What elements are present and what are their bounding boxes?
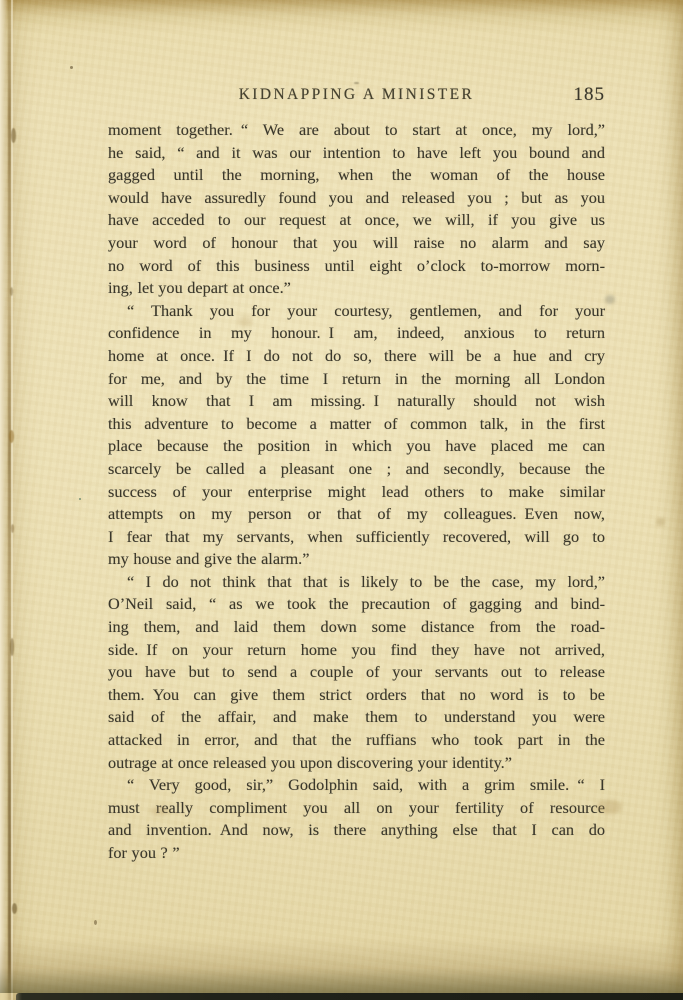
text-line: attempts on my person or that of my coll… [108, 503, 605, 526]
text-line: scarcely be called a pleasant one ; and … [108, 458, 605, 481]
text-line: I fear that my servants, when sufficient… [108, 526, 605, 549]
page-header: KIDNAPPING A MINISTER 185 [108, 86, 605, 108]
scan-stain-speck [79, 498, 81, 500]
scan-stain-speck [605, 295, 615, 304]
text-line: home at once. If I do not do so, there w… [108, 345, 605, 368]
text-line: for me, and by the time I return in the … [108, 368, 605, 391]
running-head-title: KIDNAPPING A MINISTER [108, 86, 605, 104]
text-line: “ I do not think that that is likely to … [108, 571, 605, 594]
text-line: for you ? ” [108, 842, 605, 865]
text-line: ing, let you depart at once.” [108, 277, 605, 300]
text-line: success of your enterprise might lead ot… [108, 481, 605, 504]
text-line: place because the position in which you … [108, 435, 605, 458]
text-line: no word of this business until eight o’c… [108, 255, 605, 278]
scan-bottom-edge [16, 993, 683, 1000]
page-left-edge-highlight [0, 0, 8, 1000]
text-line: ing them, and laid them down some distan… [108, 616, 605, 639]
text-line: my house and give the alarm.” [108, 548, 605, 571]
text-line: outrage at once released you upon discov… [108, 752, 605, 775]
page-number: 185 [574, 84, 606, 106]
scan-stain-speck [656, 518, 665, 526]
text-line: O’Neil said, “ as we took the precaution… [108, 593, 605, 616]
text-line: confidence in my honour. I am, indeed, a… [108, 322, 605, 345]
book-page-scan: KIDNAPPING A MINISTER 185 moment togethe… [0, 0, 683, 1000]
text-line: them. You can give them strict orders th… [108, 684, 605, 707]
text-line: gagged until the morning, when the woman… [108, 164, 605, 187]
text-line: he said, “ and it was our intention to h… [108, 142, 605, 165]
binding-fold-highlight [11, 0, 13, 1000]
text-line: attacked in error, and that the ruffians… [108, 729, 605, 752]
scan-stain-speck [354, 82, 359, 84]
text-line: you have but to send a couple of your se… [108, 661, 605, 684]
text-line: “ Very good, sir,” Godolphin said, with … [108, 774, 605, 797]
scan-bottom-edge-fade [0, 993, 22, 1000]
scan-stain-speck [70, 66, 73, 69]
text-line: this adventure to become a matter of com… [108, 413, 605, 436]
text-line: moment together. “ We are about to start… [108, 119, 605, 142]
text-line: side. If on your return home you find th… [108, 639, 605, 662]
text-line: your word of honour that you will raise … [108, 232, 605, 255]
text-line: would have assuredly found you and relea… [108, 187, 605, 210]
text-line: and invention. And now, is there anythin… [108, 819, 605, 842]
text-line: said of the affair, and make them to und… [108, 706, 605, 729]
text-line: have acceded to our request at once, we … [108, 209, 605, 232]
page-bottom-shadow [0, 937, 683, 993]
text-line: “ Thank you for your courtesy, gentlemen… [108, 300, 605, 323]
text-block: moment together. “ We are about to start… [108, 119, 605, 865]
text-line: will know that I am missing. I naturally… [108, 390, 605, 413]
scan-stain-speck [94, 920, 97, 925]
text-line: must really compliment you all on your f… [108, 797, 605, 820]
